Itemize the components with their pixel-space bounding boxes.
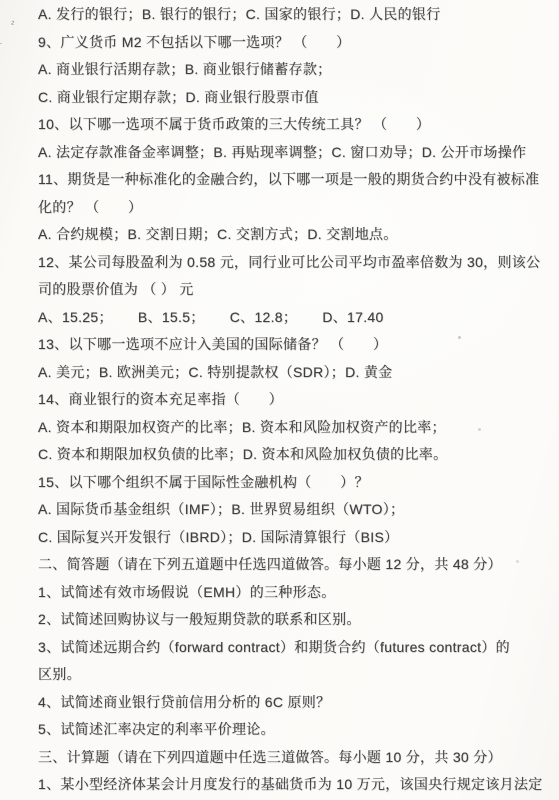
q12-options: A、15.25； B、15.5； C、12.8； D、17.40 xyxy=(38,304,553,332)
q12-stem-line2: 司的股票价值为 （ ） 元 xyxy=(38,276,553,304)
scanned-exam-page: ² ˜ A. 发行的银行；B. 银行的银行；C. 国家的银行；D. 人民的银行 … xyxy=(0,0,559,800)
section3-header: 三、计算题（请在下列四道题中任选三道做答。每小题 10 分，共 30 分） xyxy=(38,744,553,772)
q12-stem-line1: 12、某公司每股盈利为 0.58 元，同行业可比公司平均市盈率倍数为 30，则该… xyxy=(38,249,553,277)
q11-options: A. 合约规模；B. 交割日期；C. 交割方式；D. 交割地点。 xyxy=(38,221,553,249)
q9-options-cd: C. 商业银行定期存款；D. 商业银行股票市值 xyxy=(38,84,553,112)
scan-artifact-mark: ² xyxy=(10,20,14,29)
section2-q2: 2、试简述回购协议与一般短期贷款的联系和区别。 xyxy=(38,606,553,634)
q9-options-ab: A. 商业银行活期存款；B. 商业银行储蓄存款； xyxy=(38,56,553,84)
q10-stem: 10、以下哪一选项不属于货币政策的三大传统工具？ （ ） xyxy=(38,111,553,139)
q13-stem: 13、以下哪一选项不应计入美国的国际储备？ （ ） xyxy=(38,331,553,359)
section2-q3-line1: 3、试简述远期合约（forward contract）和期货合约（futures… xyxy=(38,634,553,662)
q11-stem-line1: 11、期货是一种标准化的金融合约，以下哪一项是一般的期货合约中没有被标准 xyxy=(38,166,553,194)
section2-q4: 4、试简述商业银行贷前信用分析的 6C 原则？ xyxy=(38,689,553,717)
q15-options-cd: C. 国际复兴开发银行（IBRD）；D. 国际清算银行（BIS） xyxy=(38,524,553,552)
q11-stem-line2: 化的？ （ ） xyxy=(38,194,553,222)
q14-options-cd: C. 资本和期限加权负债的比率；D. 资本和风险加权负债的比率。 xyxy=(38,441,553,469)
q14-options-ab: A. 资本和期限加权资产的比率；B. 资本和风险加权资产的比率； xyxy=(38,414,553,442)
section2-q3-line2: 区别。 xyxy=(38,661,553,689)
q9-stem: 9、广义货币 M2 不包括以下哪一选项？ （ ） xyxy=(38,29,553,57)
q10-options: A. 法定存款准备金率调整；B. 再贴现率调整；C. 窗口劝导；D. 公开市场操… xyxy=(38,139,553,167)
section2-header: 二、简答题（请在下列五道题中任选四道做答。每小题 12 分，共 48 分） xyxy=(38,551,553,579)
scan-artifact-mark: ˜ xyxy=(0,42,2,51)
section3-q1-line1: 1、某小型经济体某会计月度发行的基础货币为 10 万元，该国央行规定该月法定 xyxy=(38,771,553,799)
section2-q1: 1、试简述有效市场假说（EMH）的三种形态。 xyxy=(38,579,553,607)
exam-text-block: A. 发行的银行；B. 银行的银行；C. 国家的银行；D. 人民的银行 9、广义… xyxy=(38,1,553,799)
section2-q5: 5、试简述汇率决定的利率平价理论。 xyxy=(38,716,553,744)
q15-options-ab: A. 国际货币基金组织（IMF）；B. 世界贸易组织（WTO）； xyxy=(38,496,553,524)
q8-options-line: A. 发行的银行；B. 银行的银行；C. 国家的银行；D. 人民的银行 xyxy=(38,1,553,29)
q13-options: A. 美元；B. 欧洲美元；C. 特别提款权（SDR）；D. 黄金 xyxy=(38,359,553,387)
q15-stem: 15、以下哪个组织不属于国际性金融机构（ ）？ xyxy=(38,469,553,497)
q14-stem: 14、商业银行的资本充足率指（ ） xyxy=(38,386,553,414)
